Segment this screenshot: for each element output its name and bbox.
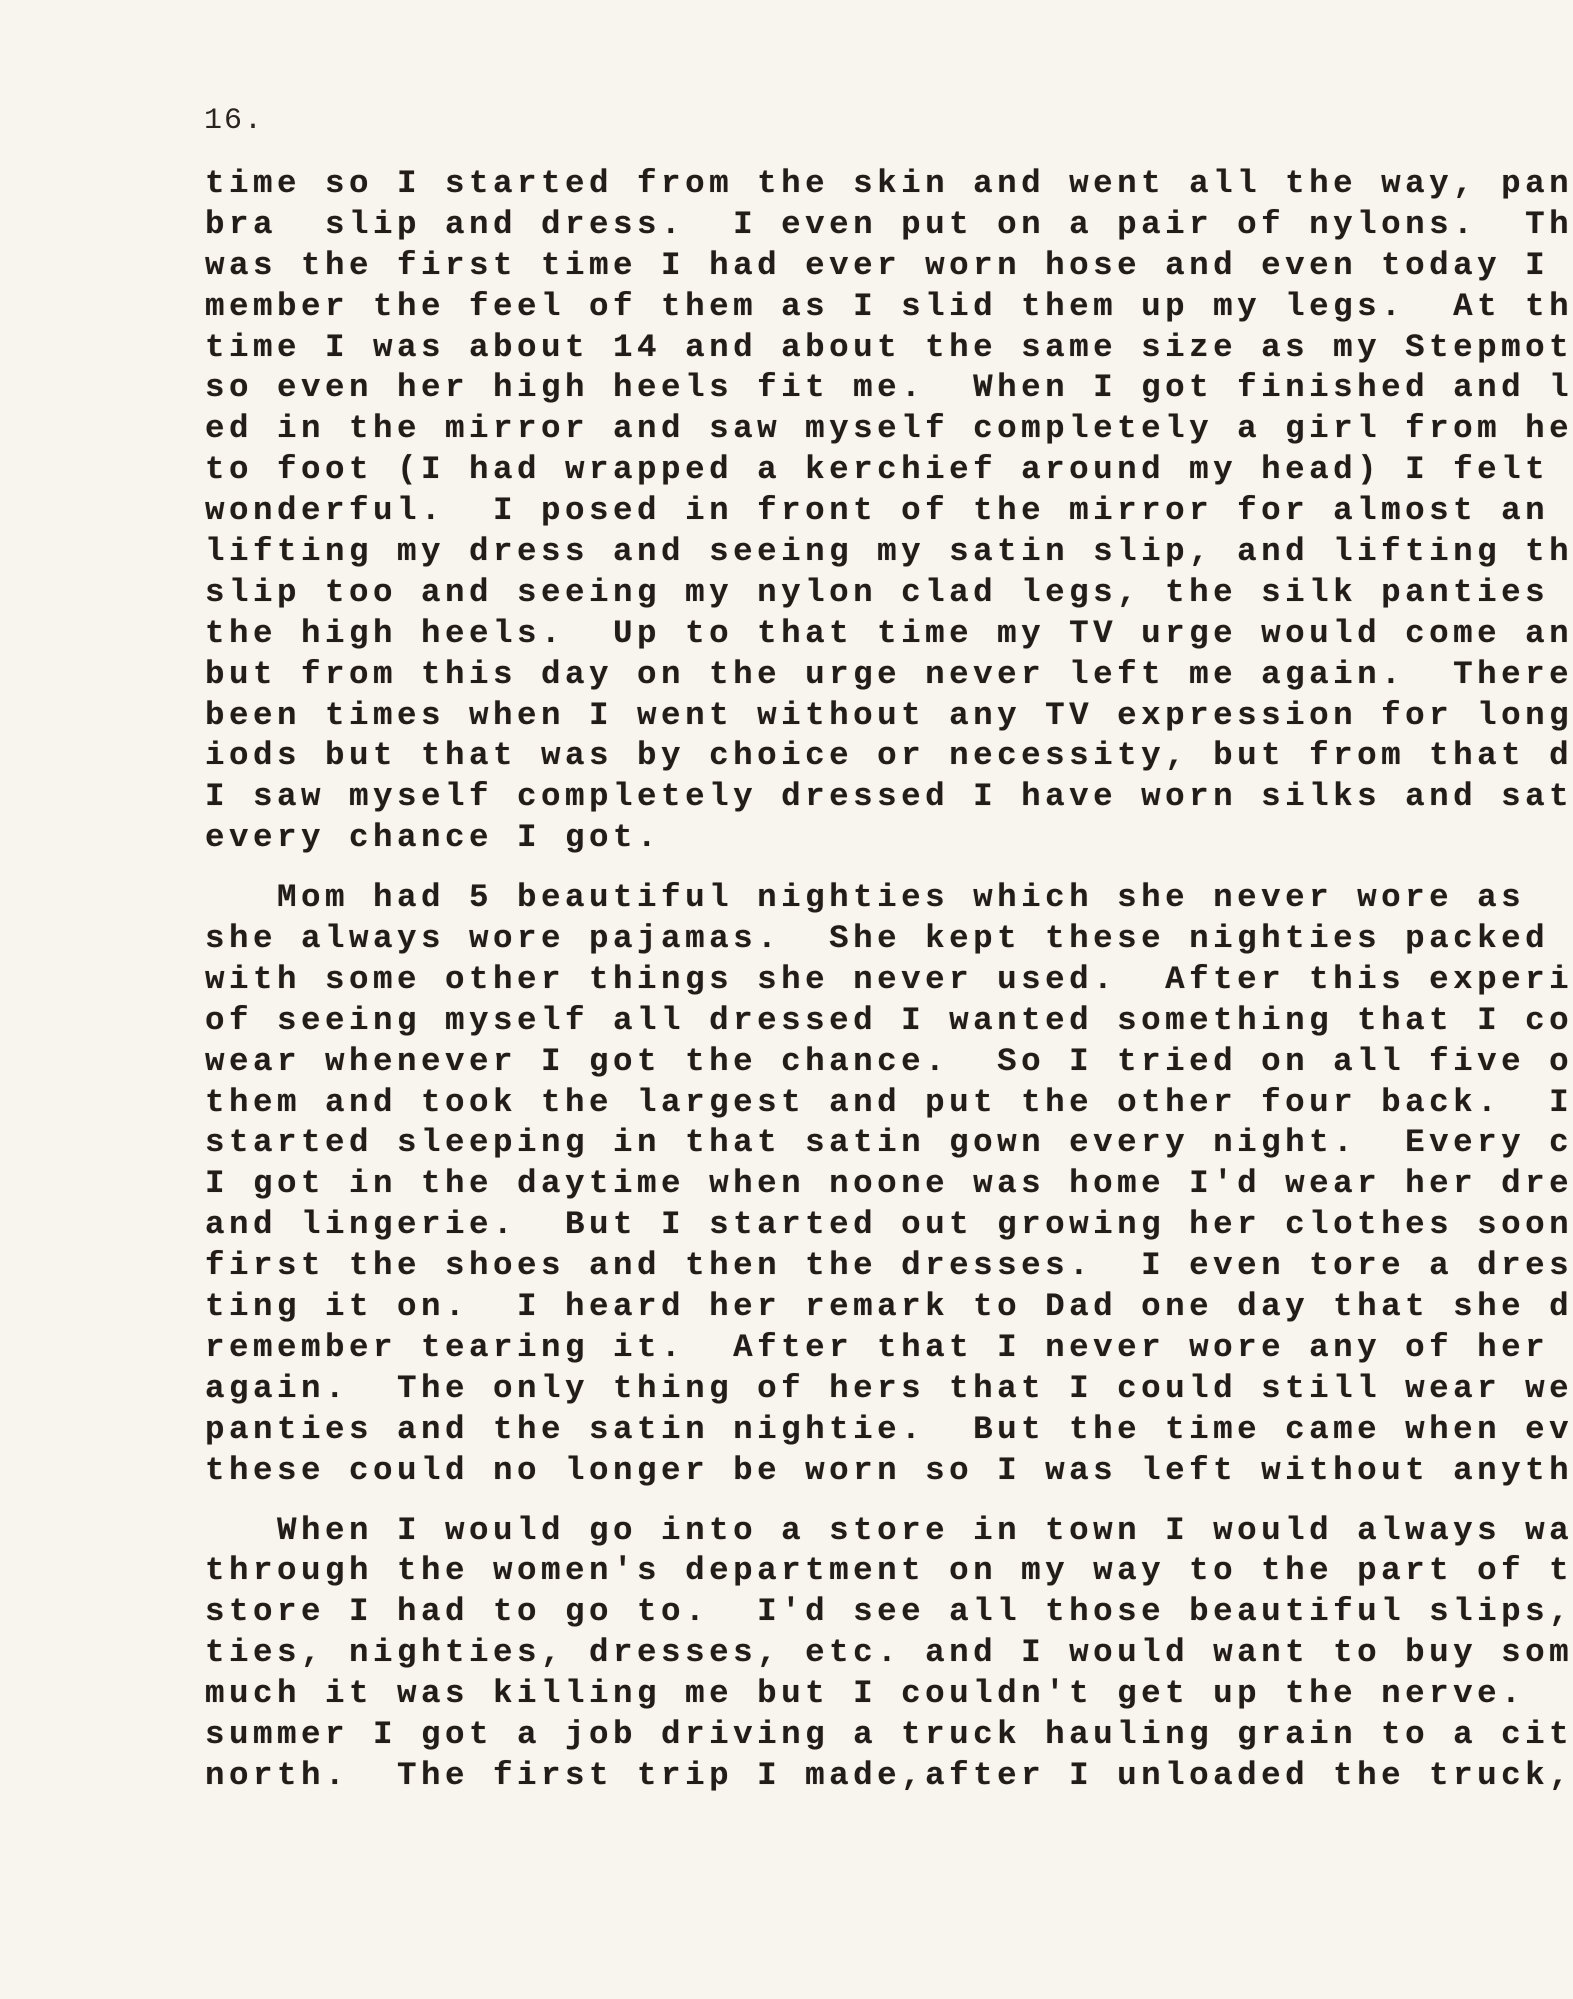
text-line: she always wore pajamas. She kept these … [205,919,1505,960]
text-line: lifting my dress and seeing my satin sli… [205,532,1505,573]
text-line: Mom had 5 beautiful nighties which she n… [205,878,1505,919]
text-line: ties, nighties, dresses, etc. and I woul… [205,1633,1505,1674]
text-line: ed in the mirror and saw myself complete… [205,409,1505,450]
text-line: iods but that was by choice or necessity… [205,736,1505,777]
text-line: time I was about 14 and about the same s… [205,328,1505,369]
text-line: and lingerie. But I started out growing … [205,1205,1505,1246]
text-line: first the shoes and then the dresses. I … [205,1246,1505,1287]
text-line: bra slip and dress. I even put on a pair… [205,205,1505,246]
text-line: with some other things she never used. A… [205,960,1505,1001]
text-line: of seeing myself all dressed I wanted so… [205,1001,1505,1042]
text-line: remember tearing it. After that I never … [205,1328,1505,1369]
text-line: again. The only thing of hers that I cou… [205,1369,1505,1410]
text-line: store I had to go to. I'd see all those … [205,1592,1505,1633]
text-line: When I would go into a store in town I w… [205,1511,1505,1552]
paragraph: When I would go into a store in town I w… [205,1511,1505,1797]
text-line: time so I started from the skin and went… [205,164,1505,205]
text-line: wonderful. I posed in front of the mirro… [205,491,1505,532]
document-page: 16. time so I started from the skin and … [0,0,1573,1999]
paragraph: time so I started from the skin and went… [205,164,1505,859]
text-line: started sleeping in that satin gown ever… [205,1123,1505,1164]
text-line: the high heels. Up to that time my TV ur… [205,614,1505,655]
text-line: been times when I went without any TV ex… [205,696,1505,737]
text-line: much it was killing me but I couldn't ge… [205,1674,1505,1715]
text-line: to foot (I had wrapped a kerchief around… [205,450,1505,491]
text-line: I got in the daytime when noone was home… [205,1164,1505,1205]
text-line: slip too and seeing my nylon clad legs, … [205,573,1505,614]
text-line: through the women's department on my way… [205,1551,1505,1592]
text-line: member the feel of them as I slid them u… [205,287,1505,328]
text-line: these could no longer be worn so I was l… [205,1451,1505,1492]
text-line: was the first time I had ever worn hose … [205,246,1505,287]
text-line: wear whenever I got the chance. So I tri… [205,1042,1505,1083]
text-line: summer I got a job driving a truck hauli… [205,1715,1505,1756]
text-line: panties and the satin nightie. But the t… [205,1410,1505,1451]
text-line: ting it on. I heard her remark to Dad on… [205,1287,1505,1328]
body-text: time so I started from the skin and went… [205,164,1505,1797]
text-line: them and took the largest and put the ot… [205,1083,1505,1124]
text-line: I saw myself completely dressed I have w… [205,777,1505,818]
text-line: north. The first trip I made,after I unl… [205,1756,1505,1797]
text-line: but from this day on the urge never left… [205,655,1505,696]
page-number: 16. [204,104,264,138]
paragraph: Mom had 5 beautiful nighties which she n… [205,878,1505,1491]
text-line: so even her high heels fit me. When I go… [205,368,1505,409]
text-line: every chance I got. [205,818,1505,859]
